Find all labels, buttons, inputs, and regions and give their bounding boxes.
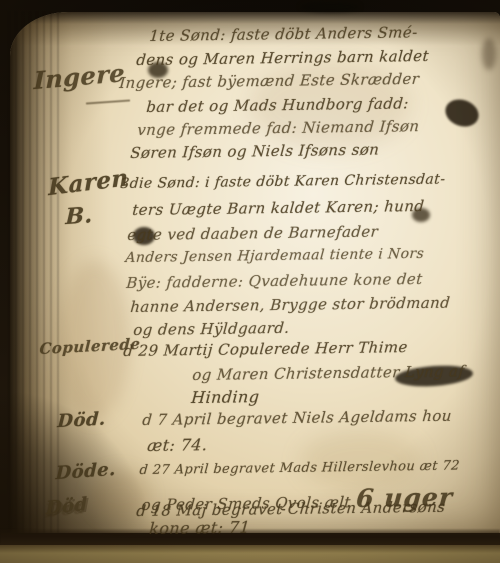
register-line: Anders Jensen Hjardemaal tiente i Nors <box>125 246 425 266</box>
register-line: 3die Sønd: i faste döbt Karen Christensd… <box>120 171 446 192</box>
register-line: d 7 April begravet Niels Ageldams hou <box>142 407 453 429</box>
register-line: og Maren Christensdatter Lyng af <box>192 362 465 384</box>
register-line: og dens Hÿldgaard. <box>133 319 291 339</box>
register-line: d 29 Martij Copulerede Herr Thime <box>123 338 409 360</box>
register-line: hanne Andersen, Brygge stor brödmand <box>130 294 451 316</box>
margin-note-name: Ingere <box>33 58 125 95</box>
margin-note-name: Karen <box>48 164 129 201</box>
register-line: 1te Sønd: faste döbt Anders Smé- <box>149 23 419 45</box>
margin-note-died: Döde. <box>55 459 116 484</box>
register-line: Bÿe: fadderne: Qvadehuune kone det <box>126 270 424 292</box>
margin-note-died: Död. <box>57 408 107 432</box>
register-line: bar det og Mads Hundborg fadd: <box>146 94 410 116</box>
register-line: dens og Maren Herrings barn kaldet <box>136 47 430 69</box>
manuscript-photo: Ingere Karen B. Copulerede Död. Döde. Dö… <box>0 0 500 563</box>
register-line: egte ved daaben de Barnefader <box>127 222 379 244</box>
margin-note-initial: B. <box>65 202 93 230</box>
register-line: vnge fremmede fad: Niemand Ifsøn <box>137 117 420 139</box>
register-line: kone æt: 71 <box>149 518 251 538</box>
handwritten-text-layer: Ingere Karen B. Copulerede Död. Döde. Dö… <box>0 0 500 563</box>
register-line: Søren Ifsøn og Niels Ifsøns søn <box>130 141 380 162</box>
register-line: æt: 74. <box>147 435 209 455</box>
register-line: Hinding <box>191 387 260 407</box>
register-line: Ingere; fast bÿemænd Este Skrædder <box>119 70 420 92</box>
register-line: ters Uægte Barn kaldet Karen; hund <box>132 197 425 219</box>
register-line: d 18 Maj begravet Christen Andersøns <box>136 498 446 520</box>
register-line: d 27 April begravet Mads Hillerslevhou æ… <box>139 459 460 478</box>
margin-note-died: Död <box>46 494 87 519</box>
